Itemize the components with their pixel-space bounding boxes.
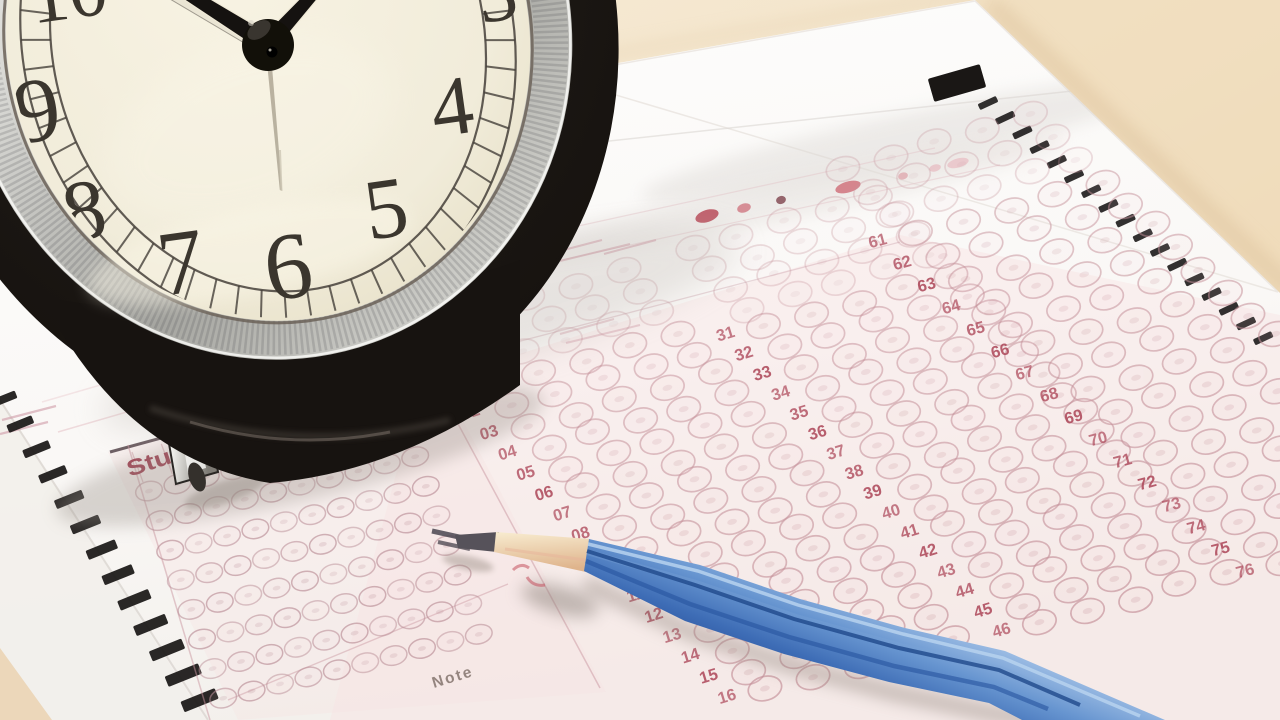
photo-scene: 0102030405060708091011121314151631323334… (0, 0, 1280, 720)
scene-canvas: 0102030405060708091011121314151631323334… (0, 0, 1280, 720)
